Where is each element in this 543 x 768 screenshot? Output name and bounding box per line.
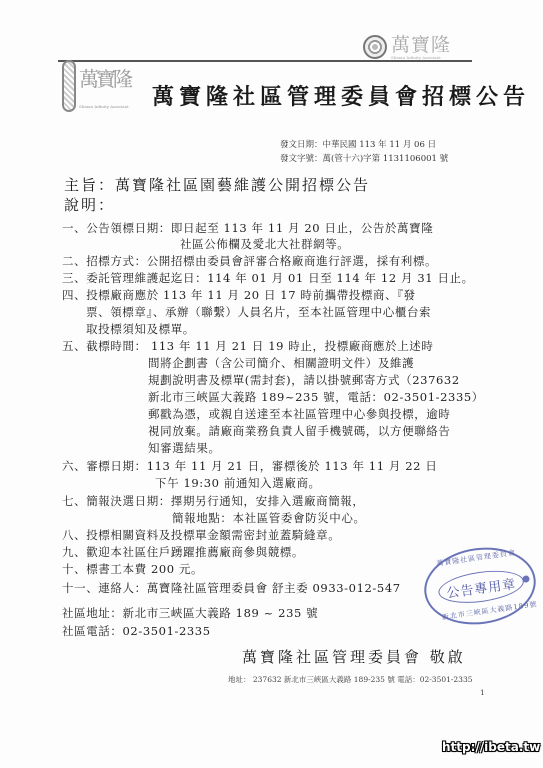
stamp-top-text: 萬寶隆社區管理委員會 <box>436 548 517 569</box>
stamp-dot-icon <box>522 575 530 583</box>
official-seal-stamp: 萬寶隆社區管理委員會 公告專用章 新北市三峽區大義路189號 <box>419 541 540 632</box>
stamp-bottom-text: 新北市三峽區大義路189號 <box>441 599 538 622</box>
subject-line: 主旨：萬寶隆社區園藝維護公開招標公告 <box>64 174 370 195</box>
emblem-icon <box>363 35 387 59</box>
item-4-line-2: 票、領標章』、承辦（聯繫）人員名片，至本社區管理中心櫃台索 <box>86 304 431 320</box>
page-number: 1 <box>480 688 485 697</box>
item-8-line-1: 八、投標相關資料及投標單金額需密封並蓋騎縫章。 <box>62 527 340 543</box>
issue-date: 發文日期：中華民國 113 年 11 月 06 日 <box>280 138 448 152</box>
header-logo-right: 萬寶隆 Shiuan Infinity Assistant <box>363 32 473 62</box>
community-phone: 社區電話：02-3501-2335 <box>62 623 211 639</box>
signature: 萬寶隆社區管理委員會 敬啟 <box>242 646 466 667</box>
document-meta: 發文日期：中華民國 113 年 11 月 06 日 發文字號：萬(管十六)字第 … <box>280 138 448 166</box>
explanation-label: 說明： <box>64 194 115 215</box>
logo-subtitle: Shiuan Infinity Assistant <box>391 55 451 60</box>
item-5-line-1: 五、截標時間： 113 年 11 月 21 日 19 時止，投標廠商應於上述時 <box>62 338 434 354</box>
document-number: 發文字號：萬(管十六)字第 1131106001 號 <box>280 152 448 166</box>
item-1-line-2: 社區公佈欄及愛北大社群網等。 <box>180 236 349 252</box>
community-address: 社區地址：新北市三峽區大義路 189 ~ 235 號 <box>62 605 318 621</box>
item-5-line-2: 間將企劃書（含公司簡介、相關證明文件）及維護 <box>148 355 414 371</box>
item-7-line-1: 七、簡報決選日期：擇期另行通知，安排入選廠商簡報， <box>62 493 365 509</box>
header-logo-left: 萬寶隆 Shiuan Infinity Assistant <box>62 58 132 114</box>
logo-subtitle: Shiuan Infinity Assistant <box>79 104 130 110</box>
item-4-line-3: 取投標須知及標單。 <box>86 321 195 337</box>
emblem-icon <box>62 60 76 112</box>
item-5-line-7: 知審選結果。 <box>148 440 221 456</box>
watermark-link: http://ibeta.tw <box>442 740 540 754</box>
item-11-line-1: 十一、連絡人：萬寶隆社區管理委員會 舒主委 0933-012-547 <box>62 580 401 596</box>
announcement-page: 萬寶隆 Shiuan Infinity Assistant 萬寶隆 Shiuan… <box>0 0 543 768</box>
footer-address: 地址： 237632 新北市三峽區大義路 189-235 號 電話：02-350… <box>228 674 473 685</box>
stamp-center-text: 公告專用章 <box>445 573 517 602</box>
logo-name: 萬寶隆 <box>79 58 130 100</box>
page-title: 萬寶隆社區管理委員會招標公告 <box>152 80 530 111</box>
item-6-line-2: 下午 19:30 前通知入選廠商。 <box>155 475 321 491</box>
logo-name: 萬寶隆 <box>391 35 451 55</box>
item-10-line-1: 十、標書工本費 200 元。 <box>62 561 203 577</box>
item-6-line-1: 六、審標日期：113 年 11 月 21 日，審標後於 113 年 11 月 2… <box>62 458 437 474</box>
item-5-line-3: 規劃說明書及標單(需封套)，請以掛號郵寄方式（237632 <box>148 372 460 388</box>
item-1-line-1: 一、公告領標日期：即日起至 113 年 11 月 20 日止，公告於萬寶隆 <box>62 220 433 236</box>
item-5-line-5: 郵戳為憑，或親自送達至本社區管理中心參與投標，逾時 <box>148 406 451 422</box>
item-7-line-2: 簡報地點：本社區管委會防災中心。 <box>172 510 366 526</box>
item-3-line-1: 三、委託管理維護起迄日：114 年 01 月 01 日至 114 年 12 月 … <box>62 270 474 286</box>
item-5-line-4: 新北市三峽區大義路 189~235 號，電話：02-3501-2335） <box>148 389 484 405</box>
item-5-line-6: 視同放棄。請廠商業務負責人留手機號碼，以方便聯絡告 <box>148 423 451 439</box>
item-2-line-1: 二、招標方式：公開招標由委員會評審合格廠商進行評選，採有利標。 <box>62 253 437 269</box>
item-9-line-1: 九、歡迎本社區住戶踴躍推薦廠商參與競標。 <box>62 544 304 560</box>
item-4-line-1: 四、投標廠商應於 113 年 11 月 20 日 17 時前攜帶投標商、『發 <box>62 287 416 303</box>
